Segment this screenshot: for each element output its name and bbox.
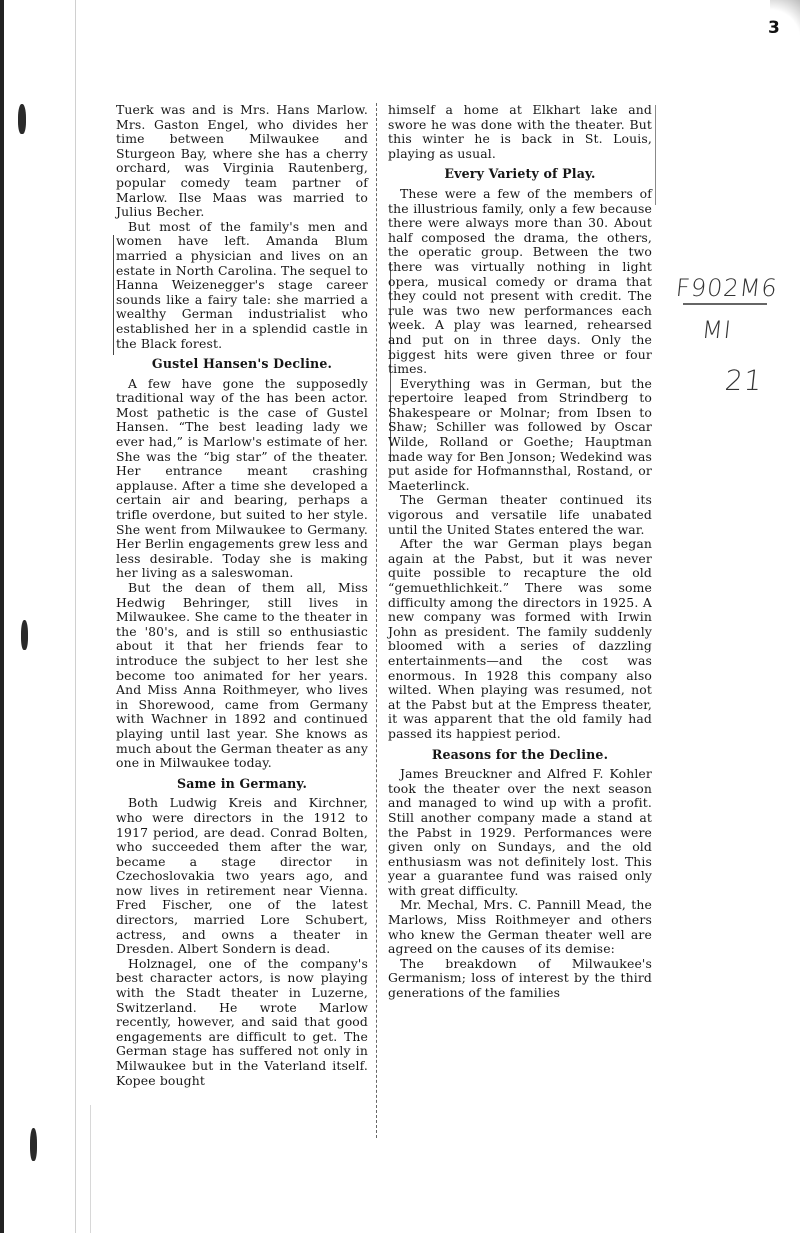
subheading: Reasons for the Decline. xyxy=(388,748,652,763)
punch-hole-mark-middle xyxy=(21,620,28,650)
paragraph: But the dean of them all, Miss Hedwig Be… xyxy=(116,581,368,771)
left-section-1: Tuerk was and is Mrs. Hans Marlow. Mrs. … xyxy=(116,103,368,351)
right-section-1: himself a home at Elkhart lake and swore… xyxy=(388,103,652,161)
paragraph: The German theater continued its vigorou… xyxy=(388,493,652,537)
subheading: Every Variety of Play. xyxy=(388,167,652,182)
right-section-3: James Breuckner and Alfred F. Kohler too… xyxy=(388,767,652,1001)
margin-rule-lower xyxy=(90,1105,91,1233)
column-divider xyxy=(376,103,378,1138)
paragraph: After the war German plays began again a… xyxy=(388,537,652,741)
subheading: Gustel Hansen's Decline. xyxy=(116,357,368,372)
paragraph: himself a home at Elkhart lake and swore… xyxy=(388,103,652,161)
paragraph: The breakdown of Milwaukee's Germanism; … xyxy=(388,957,652,1001)
paragraph: These were a few of the members of the i… xyxy=(388,187,652,377)
paragraph: Everything was in German, but the repert… xyxy=(388,377,652,494)
margin-rule xyxy=(75,0,76,1233)
left-section-2: A few have gone the supposedly tradition… xyxy=(116,377,368,771)
article-column-right: himself a home at Elkhart lake and swore… xyxy=(388,103,652,1001)
paragraph: Tuerk was and is Mrs. Hans Marlow. Mrs. … xyxy=(116,103,368,220)
left-section-3: Both Ludwig Kreis and Kirchner, who were… xyxy=(116,796,368,1088)
paragraph: But most of the family's men and women h… xyxy=(116,220,368,351)
paragraph: A few have gone the supposedly tradition… xyxy=(116,377,368,581)
clipping-edge-right xyxy=(655,105,656,205)
handwritten-underline xyxy=(683,303,767,305)
right-section-2: These were a few of the members of the i… xyxy=(388,187,652,742)
paragraph: Both Ludwig Kreis and Kirchner, who were… xyxy=(116,796,368,957)
handwritten-code: MI xyxy=(701,316,734,344)
punch-hole-mark-bottom xyxy=(30,1128,37,1161)
paragraph: James Breuckner and Alfred F. Kohler too… xyxy=(388,767,652,898)
scan-edge xyxy=(0,0,4,1233)
handwritten-item-number: 21 xyxy=(723,364,764,397)
punch-hole-mark-top xyxy=(18,104,26,134)
page-number: 3 xyxy=(768,18,780,38)
paragraph: Holznagel, one of the company's best cha… xyxy=(116,957,368,1088)
subheading: Same in Germany. xyxy=(116,777,368,792)
article-column-left: Tuerk was and is Mrs. Hans Marlow. Mrs. … xyxy=(116,103,368,1088)
clipping-edge-left xyxy=(113,235,114,355)
paragraph: Mr. Mechal, Mrs. C. Pannill Mead, the Ma… xyxy=(388,898,652,956)
handwritten-call-number: F902M6 xyxy=(675,274,780,302)
